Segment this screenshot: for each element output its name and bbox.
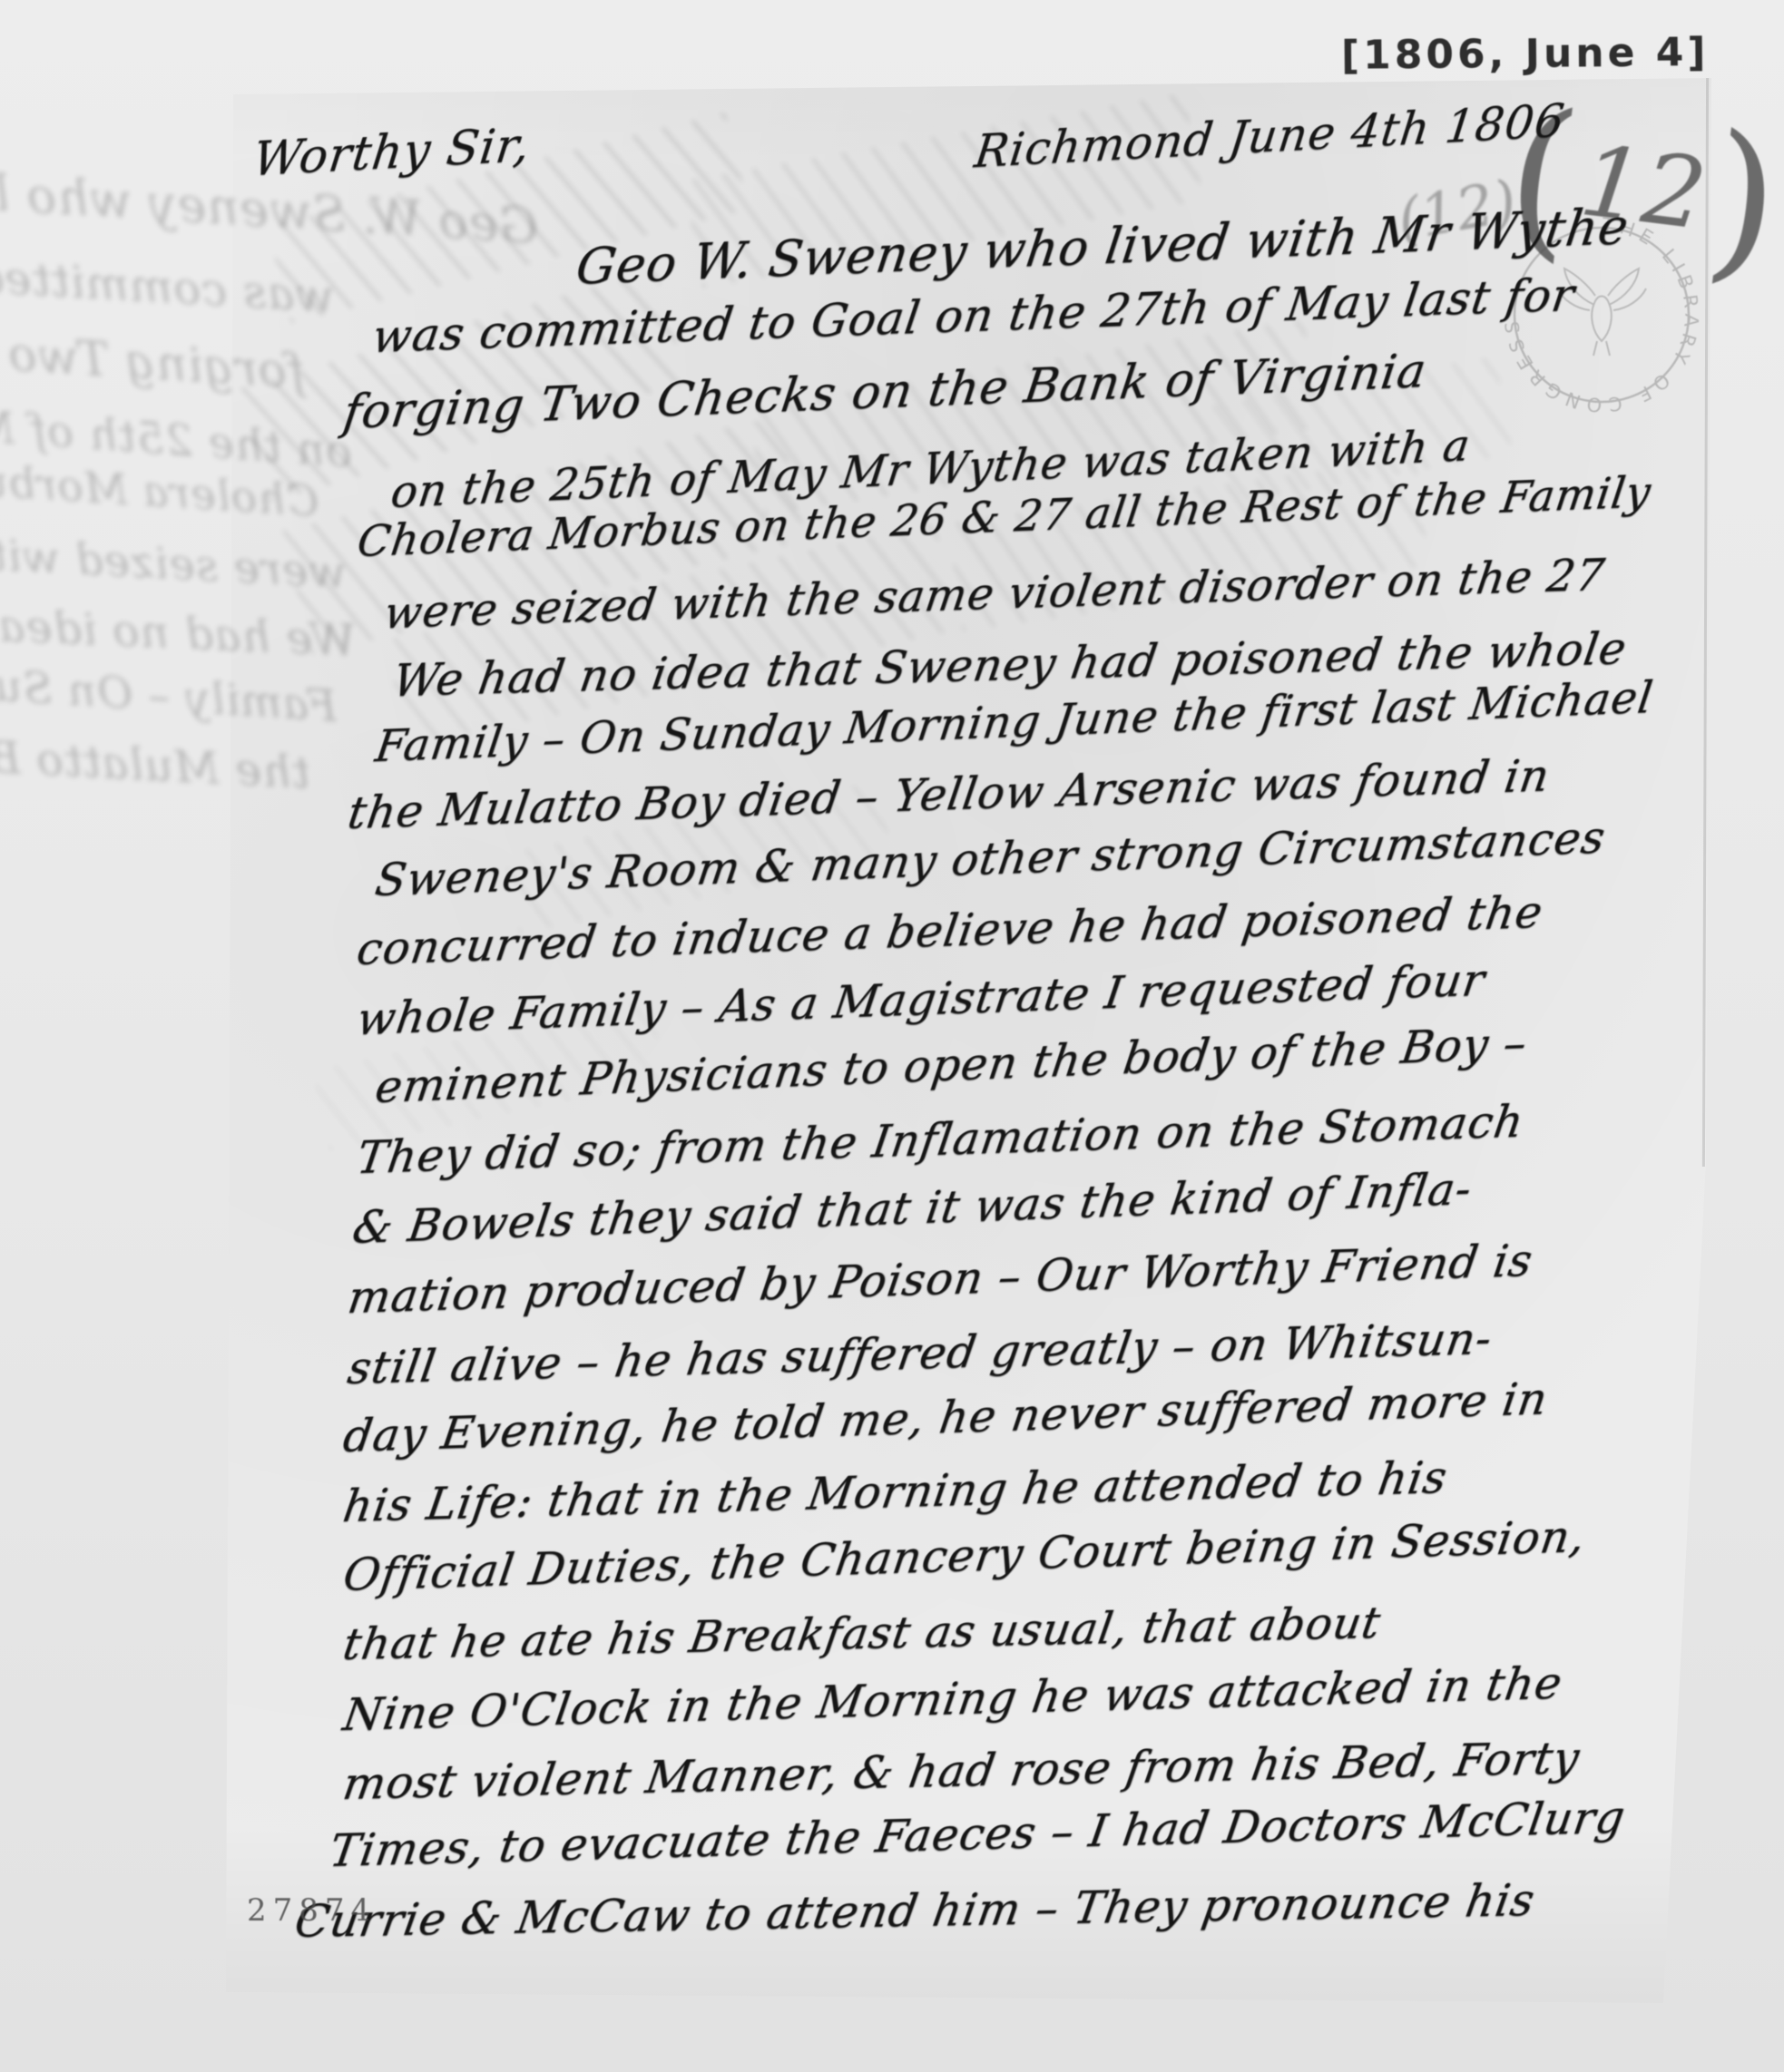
collection-number: 27874	[247, 1892, 377, 1929]
scanned-letter-page: THE LIBRARY OF CONGRESS · ( 12 ) (12) [1…	[0, 0, 1784, 2072]
archival-date-note: [1806, June 4]	[1341, 29, 1710, 79]
